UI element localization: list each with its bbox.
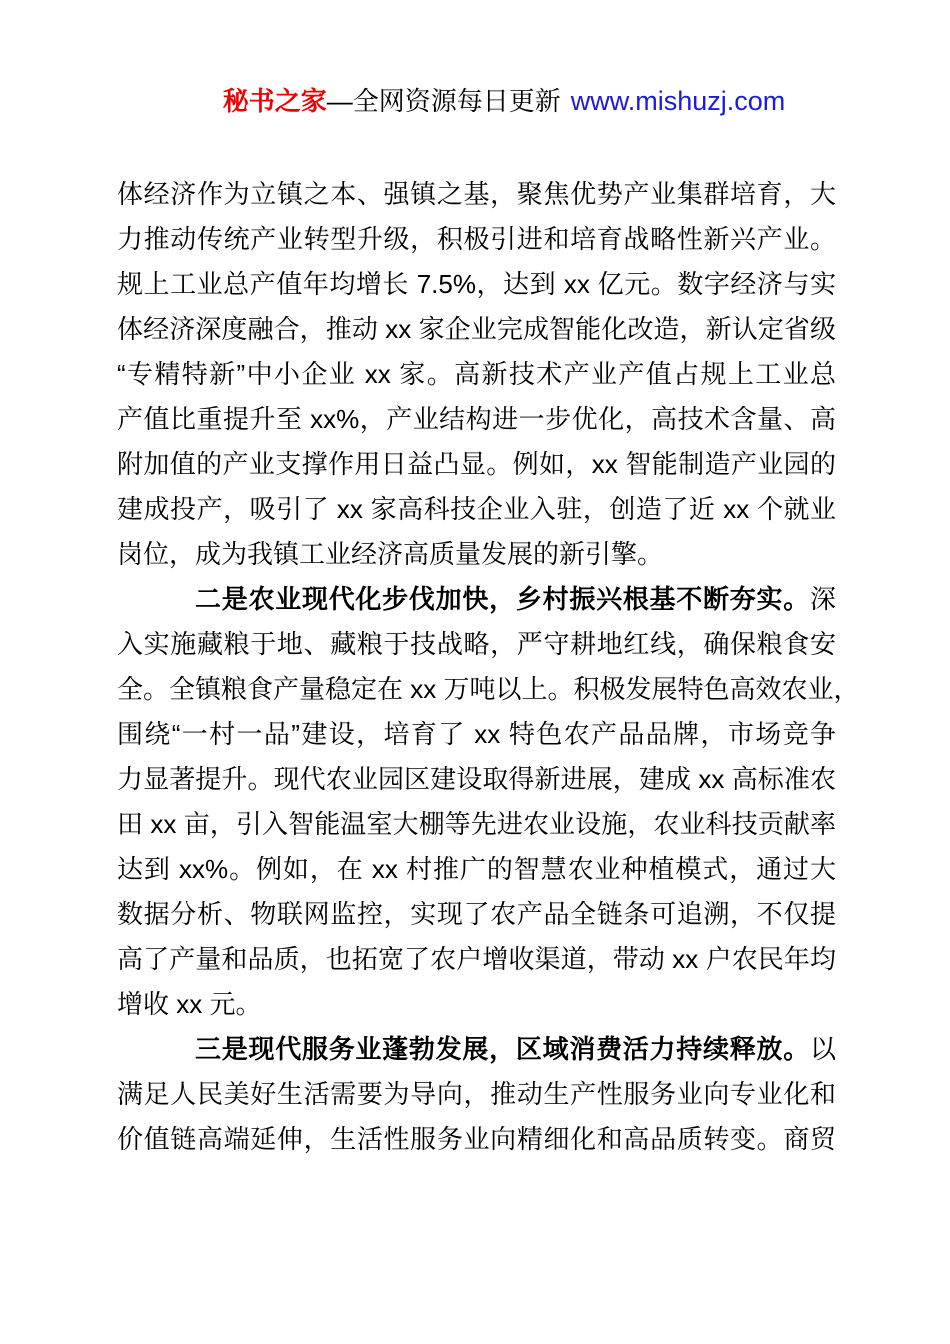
text-run: 全。全镇粮食产量稳定在 xx 万吨以上。积极发展特色高效农业， (117, 674, 859, 704)
text-run: 力显著提升。现代农业园区建设取得新进展，建成 xx 高标准农 (117, 764, 836, 794)
site-tagline: 全网资源每日更新 (353, 86, 561, 116)
text-line: 高了产量和品质，也拓宽了农户增收渠道，带动 xx 户农民年均 (117, 937, 836, 982)
text-line: 规上工业总产值年均增长 7.5%，达到 xx 亿元。数字经济与实 (117, 262, 836, 307)
em-dash: — (327, 86, 353, 116)
text-line: “专精特新”中小企业 xx 家。高新技术产业产值占规上工业总 (117, 352, 836, 397)
paragraph: 二是农业现代化步伐加快，乡村振兴根基不断夯实。深入实施藏粮于地、藏粮于技战略，严… (117, 577, 836, 1027)
text-run: 体经济作为立镇之本、强镇之基，聚焦优势产业集群培育，大 (117, 179, 836, 209)
text-line: 二是农业现代化步伐加快，乡村振兴根基不断夯实。深 (117, 577, 836, 622)
text-run: 力推动传统产业转型升级，积极引进和培育战略性新兴产业。 (117, 224, 836, 254)
text-line: 田 xx 亩，引入智能温室大棚等先进农业设施，农业科技贡献率 (117, 802, 836, 847)
text-line: 体经济作为立镇之本、强镇之基，聚焦优势产业集群培育，大 (117, 172, 836, 217)
text-line: 价值链高端延伸，生活性服务业向精细化和高品质转变。商贸 (117, 1117, 836, 1162)
site-url-link[interactable]: www.mishuzj.com (571, 86, 786, 116)
text-line: 力显著提升。现代农业园区建设取得新进展，建成 xx 高标准农 (117, 757, 836, 802)
text-run: “专精特新”中小企业 xx 家。高新技术产业产值占规上工业总 (117, 359, 836, 389)
site-brand: 秘书之家 (223, 86, 327, 116)
text-run: 数据分析、物联网监控，实现了农产品全链条可追溯，不仅提 (117, 899, 836, 929)
text-run: 价值链高端延伸，生活性服务业向精细化和高品质转变。商贸 (117, 1124, 836, 1154)
text-line: 满足人民美好生活需要为导向，推动生产性服务业向专业化和 (117, 1072, 836, 1117)
text-run: 体经济深度融合，推动 xx 家企业完成智能化改造，新认定省级 (117, 314, 836, 344)
text-line: 力推动传统产业转型升级，积极引进和培育战略性新兴产业。 (117, 217, 836, 262)
text-line: 三是现代服务业蓬勃发展，区域消费活力持续释放。以 (117, 1027, 836, 1072)
text-line: 体经济深度融合，推动 xx 家企业完成智能化改造，新认定省级 (117, 307, 836, 352)
text-line: 增收 xx 元。 (117, 982, 836, 1027)
text-run: 达到 xx%。例如，在 xx 村推广的智慧农业种植模式，通过大 (117, 854, 836, 884)
text-run: 围绕“一村一品”建设，培育了 xx 特色农产品品牌，市场竞争 (117, 719, 836, 749)
text-line: 岗位，成为我镇工业经济高质量发展的新引擎。 (117, 532, 836, 577)
text-line: 围绕“一村一品”建设，培育了 xx 特色农产品品牌，市场竞争 (117, 712, 836, 757)
text-run: 产值比重提升至 xx%，产业结构进一步优化，高技术含量、高 (117, 404, 836, 434)
text-run: 满足人民美好生活需要为导向，推动生产性服务业向专业化和 (117, 1079, 836, 1109)
text-run: 建成投产，吸引了 xx 家高科技企业入驻，创造了近 xx 个就业 (117, 494, 836, 524)
text-line: 产值比重提升至 xx%，产业结构进一步优化，高技术含量、高 (117, 397, 836, 442)
site-header: 秘书之家—全网资源每日更新www.mishuzj.com (0, 84, 950, 118)
text-run: 入实施藏粮于地、藏粮于技战略，严守耕地红线，确保粮食安 (117, 629, 836, 659)
text-run: 岗位，成为我镇工业经济高质量发展的新引擎。 (117, 539, 663, 569)
text-run: 深 (810, 584, 836, 614)
text-run: 规上工业总产值年均增长 7.5%，达到 xx 亿元。数字经济与实 (117, 269, 836, 299)
text-line: 入实施藏粮于地、藏粮于技战略，严守耕地红线，确保粮食安 (117, 622, 836, 667)
paragraph: 体经济作为立镇之本、强镇之基，聚焦优势产业集群培育，大力推动传统产业转型升级，积… (117, 172, 836, 577)
text-line: 全。全镇粮食产量稳定在 xx 万吨以上。积极发展特色高效农业， (117, 667, 836, 712)
text-line: 附加值的产业支撑作用日益凸显。例如，xx 智能制造产业园的 (117, 442, 836, 487)
document-page: 秘书之家—全网资源每日更新www.mishuzj.com 体经济作为立镇之本、强… (0, 0, 950, 1344)
emphasis-run: 三是现代服务业蓬勃发展，区域消费活力持续释放。 (195, 1034, 810, 1064)
emphasis-run: 二是农业现代化步伐加快，乡村振兴根基不断夯实。 (195, 584, 810, 614)
text-run: 以 (810, 1034, 836, 1064)
paragraph: 三是现代服务业蓬勃发展，区域消费活力持续释放。以满足人民美好生活需要为导向，推动… (117, 1027, 836, 1162)
text-line: 达到 xx%。例如，在 xx 村推广的智慧农业种植模式，通过大 (117, 847, 836, 892)
text-run: 田 xx 亩，引入智能温室大棚等先进农业设施，农业科技贡献率 (117, 809, 836, 839)
text-line: 建成投产，吸引了 xx 家高科技企业入驻，创造了近 xx 个就业 (117, 487, 836, 532)
text-run: 高了产量和品质，也拓宽了农户增收渠道，带动 xx 户农民年均 (117, 944, 836, 974)
text-line: 数据分析、物联网监控，实现了农产品全链条可追溯，不仅提 (117, 892, 836, 937)
document-body: 体经济作为立镇之本、强镇之基，聚焦优势产业集群培育，大力推动传统产业转型升级，积… (117, 172, 836, 1162)
text-run: 附加值的产业支撑作用日益凸显。例如，xx 智能制造产业园的 (117, 449, 836, 479)
text-run: 增收 xx 元。 (117, 989, 261, 1019)
